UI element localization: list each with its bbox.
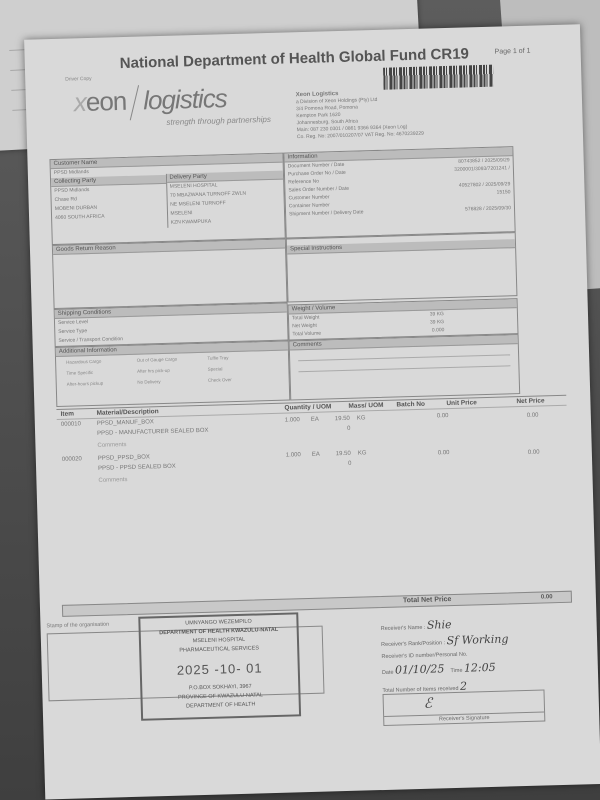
barcode-icon [383, 65, 494, 90]
total-net-price: Total Net Price 0.00 [62, 591, 572, 617]
checkbox-after-hours-pickup[interactable]: After-hours pickup [67, 380, 138, 387]
stamp-date: 2025 -10- 01 [142, 662, 298, 675]
checkbox-out-of-gauge[interactable]: Out of Gauge Cargo [137, 356, 208, 363]
receiver-rank: Receiver's Rank/Position : Sf Working [381, 632, 509, 649]
company-address: Xeon Logistics a Division of Xeon Holdin… [296, 89, 424, 142]
signature: ℰ [424, 696, 433, 712]
checkbox-after-hrs[interactable]: After hrs pick-up [137, 367, 208, 374]
checkbox-tuffie-tray[interactable]: Tuffie Tray [207, 354, 278, 361]
shipping-conditions: Shipping Conditions Service Level Servic… [54, 303, 289, 348]
delivery-note: Driver Copy National Department of Healt… [24, 24, 600, 799]
company-tagline: strength through partnerships [166, 115, 271, 127]
receiver-date-time: Date 01/10/25 Time 12:05 [382, 661, 496, 677]
customer-section: Customer Name PPSD Midlands Collecting P… [49, 153, 285, 246]
receiver-name: Receiver's Name : Shie [380, 618, 451, 633]
copy-label: Driver Copy [65, 76, 92, 83]
checkbox-time-specific[interactable]: Time Specific [66, 369, 137, 376]
hospital-stamp: UMNYANGO WEZEMPILO DEPARTMENT OF HEALTH … [138, 612, 301, 720]
stamp-label: Stamp of the organisation [46, 622, 109, 630]
collecting-party: PPSD Midlands Chase Rd MOBENI DURBAN 406… [51, 184, 167, 231]
comments-section: Comments [289, 334, 521, 400]
customer-number: 15150 [497, 189, 511, 195]
shipment-number: 576828 / 2025/09/30 [465, 205, 511, 212]
checkbox-check-over[interactable]: Check Over [208, 376, 279, 383]
special-instructions-section: Special Instructions [286, 232, 518, 302]
goods-return-section: Goods Return Reason [52, 239, 288, 310]
additional-information: Additional Information Hazardous Cargo O… [55, 340, 291, 407]
information-section: Information Document Number / Date807438… [283, 146, 515, 238]
page-indicator: Page 1 of 1 [495, 48, 531, 56]
checkbox-special[interactable]: Special [208, 365, 279, 372]
checkbox-hazardous-cargo[interactable]: Hazardous Cargo [66, 358, 137, 365]
receiver-signature-box: ℰ Receiver's Signature [383, 689, 546, 726]
delivery-party: Delivery Party MSELENI HOSPITAL 70 MBAZW… [165, 171, 284, 228]
checkbox-no-delivery[interactable]: No Delivery [137, 378, 208, 385]
receiver-id: Receiver's ID number/Personal No. [381, 652, 467, 660]
